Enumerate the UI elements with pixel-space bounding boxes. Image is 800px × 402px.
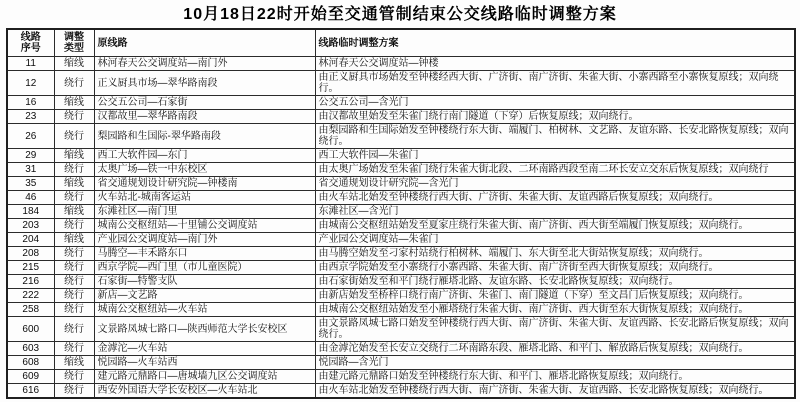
route-number-cell: 12	[7, 71, 54, 96]
route-number-cell: 184	[7, 205, 54, 219]
table-row: 11 缩线 林河春天公交调度站—南门外 林河春天公交调度站—钟楼	[7, 57, 795, 71]
adjustment-plan-cell: 由西京学院始发至小寨绕行小寨西路、朱雀大街、南广济街至西大街恢复原线；双向绕行。	[315, 261, 795, 275]
page-title: 10月18日22时开始至交通管制结束公交线路临时调整方案	[6, 4, 794, 28]
adjustment-type-cell: 绕行	[54, 289, 94, 303]
table-row: 184 缩线 东滩社区—南门里 东滩社区—含光门	[7, 205, 795, 219]
original-route-cell: 林河春天公交调度站—南门外	[94, 57, 315, 71]
table-row: 31 绕行 太奥广场—铁一中东校区 由太奥广场始发至朱雀门绕行朱雀大街北段、二环…	[7, 163, 795, 177]
route-number-cell: 258	[7, 303, 54, 317]
original-route-cell: 石家街—特警支队	[94, 275, 315, 289]
adjustment-type-cell: 绕行	[54, 384, 94, 399]
route-number-cell: 608	[7, 356, 54, 370]
adjustment-type-cell: 绕行	[54, 261, 94, 275]
route-number-cell: 35	[7, 177, 54, 191]
table-row: 29 缩线 西工大软件园—东门 西工大软件园—朱雀门	[7, 149, 795, 163]
original-route-cell: 东滩社区—南门里	[94, 205, 315, 219]
adjustment-plan-cell: 由正义厨具市场始发至钟楼经西大街、广济街、南广济街、朱雀大街、小寨西路至小寨恢复…	[315, 71, 795, 96]
adjustment-plan-cell: 林河春天公交调度站—钟楼	[315, 57, 795, 71]
adjustment-plan-cell: 省交通规划设计研究院—含光门	[315, 177, 795, 191]
original-route-cell: 悦园路—火车站西	[94, 356, 315, 370]
adjustment-type-cell: 缩线	[54, 205, 94, 219]
header-adjustment-plan: 线路临时调整方案	[315, 29, 795, 57]
adjustment-type-cell: 绕行	[54, 317, 94, 342]
adjustment-plan-cell: 由石家街始发至和平门绕行雁塔北路、友谊东路、长安北路恢复原线；双向绕行。	[315, 275, 795, 289]
table-row: 600 绕行 文景路凤城七路口—陕西师范大学长安校区 由文景路凤城七路口始发至钟…	[7, 317, 795, 342]
table-row: 609 绕行 建元路元鼎路口—唐城墙九区公交调度站 由建元路元鼎路口始发至钟楼绕…	[7, 370, 795, 384]
adjustment-type-cell: 缩线	[54, 177, 94, 191]
header-route-number: 线路 序号	[7, 29, 54, 57]
adjustment-type-cell: 缩线	[54, 149, 94, 163]
table-row: 222 绕行 新店—文艺路 由新店始发至桥梓口绕行南广济街、朱雀门、南门隧道（下…	[7, 289, 795, 303]
adjustment-type-cell: 缩线	[54, 57, 94, 71]
adjustment-type-cell: 绕行	[54, 275, 94, 289]
route-number-cell: 222	[7, 289, 54, 303]
adjustment-type-cell: 绕行	[54, 370, 94, 384]
route-number-cell: 208	[7, 247, 54, 261]
adjustment-type-cell: 绕行	[54, 219, 94, 233]
original-route-cell: 金滹沱—火车站	[94, 342, 315, 356]
adjustment-plan-cell: 公交五公司—含光门	[315, 96, 795, 110]
table-row: 23 绕行 汉都故里—翠华路南段 由汉都故里始发至朱雀门绕行南门隧道（下穿）后恢…	[7, 110, 795, 124]
original-route-cell: 梨园路和生国际-翠华路南段	[94, 124, 315, 149]
route-number-cell: 46	[7, 191, 54, 205]
table-row: 46 绕行 火车站北-城南客运站 由火车站北始发至钟楼绕行西大街、广济街、朱雀大…	[7, 191, 795, 205]
adjustment-type-cell: 绕行	[54, 110, 94, 124]
route-number-cell: 29	[7, 149, 54, 163]
adjustment-plan-cell: 由太奥广场始发至朱雀门绕行朱雀大街北段、二环南路西段至南二环长安立交东后恢复原线…	[315, 163, 795, 177]
table-header: 线路 序号 调整 类型 原线路 线路临时调整方案	[7, 29, 795, 57]
document-page: 10月18日22时开始至交通管制结束公交线路临时调整方案 线路 序号 调整 类型…	[0, 0, 800, 402]
original-route-cell: 太奥广场—铁一中东校区	[94, 163, 315, 177]
adjustment-type-cell: 绕行	[54, 124, 94, 149]
adjustment-plan-cell: 产业园公交调度站—朱雀门	[315, 233, 795, 247]
route-number-cell: 31	[7, 163, 54, 177]
adjustment-plan-cell: 由城南公交枢纽站始发至夏家庄绕行朱雀大街、南广济街、西大街至端履门恢复原线；双向…	[315, 219, 795, 233]
adjustment-type-cell: 绕行	[54, 247, 94, 261]
adjustment-plan-cell: 由文景路凤城七路口始发至钟楼绕行西大街、南广济街、朱雀大街、友谊西路、长安北路后…	[315, 317, 795, 342]
table-row: 16 缩线 公交五公司—石家街 公交五公司—含光门	[7, 96, 795, 110]
adjustment-type-cell: 绕行	[54, 303, 94, 317]
route-number-cell: 600	[7, 317, 54, 342]
original-route-cell: 正义厨具市场—翠华路南段	[94, 71, 315, 96]
header-original-route: 原线路	[94, 29, 315, 57]
route-number-cell: 216	[7, 275, 54, 289]
table-row: 26 绕行 梨园路和生国际-翠华路南段 由梨园路和生国际始发至钟楼绕行东大街、端…	[7, 124, 795, 149]
original-route-cell: 城南公交枢纽站—火车站	[94, 303, 315, 317]
table-row: 216 绕行 石家街—特警支队 由石家街始发至和平门绕行雁塔北路、友谊东路、长安…	[7, 275, 795, 289]
adjustment-plan-cell: 由新店始发至桥梓口绕行南广济街、朱雀门、南门隧道（下穿）至文昌门后恢复原线；双向…	[315, 289, 795, 303]
adjustment-type-cell: 缩线	[54, 356, 94, 370]
original-route-cell: 建元路元鼎路口—唐城墙九区公交调度站	[94, 370, 315, 384]
route-number-cell: 11	[7, 57, 54, 71]
original-route-cell: 新店—文艺路	[94, 289, 315, 303]
route-number-cell: 204	[7, 233, 54, 247]
route-number-cell: 215	[7, 261, 54, 275]
adjustment-plan-cell: 由马腾空始发至刁家村站绕行柏树林、端履门、东大街至北大街站恢复原线；双向绕行。	[315, 247, 795, 261]
table-row: 35 缩线 省交通规划设计研究院—钟楼南 省交通规划设计研究院—含光门	[7, 177, 795, 191]
table-body: 11 缩线 林河春天公交调度站—南门外 林河春天公交调度站—钟楼 12 绕行 正…	[7, 57, 795, 399]
adjustment-plan-cell: 东滩社区—含光门	[315, 205, 795, 219]
adjustment-type-cell: 缩线	[54, 96, 94, 110]
header-adjustment-type: 调整 类型	[54, 29, 94, 57]
adjustment-plan-cell: 由城南公交枢纽站始发至小雁塔绕行朱雀大街、南广济街、西大街至东大街恢复原线；双向…	[315, 303, 795, 317]
adjustment-type-cell: 绕行	[54, 342, 94, 356]
original-route-cell: 西工大软件园—东门	[94, 149, 315, 163]
route-number-cell: 609	[7, 370, 54, 384]
original-route-cell: 汉都故里—翠华路南段	[94, 110, 315, 124]
original-route-cell: 西安外国语大学长安校区—火车站北	[94, 384, 315, 399]
route-number-cell: 23	[7, 110, 54, 124]
table-row: 603 绕行 金滹沱—火车站 由金滹沱始发至长安立交绕行二环南路东段、雁塔北路、…	[7, 342, 795, 356]
adjustment-plan-cell: 由汉都故里始发至朱雀门绕行南门隧道（下穿）后恢复原线；双向绕行。	[315, 110, 795, 124]
route-number-cell: 16	[7, 96, 54, 110]
original-route-cell: 火车站北-城南客运站	[94, 191, 315, 205]
original-route-cell: 产业园公交调度站—南门外	[94, 233, 315, 247]
route-number-cell: 203	[7, 219, 54, 233]
original-route-cell: 马腾空—丰禾路东口	[94, 247, 315, 261]
bus-route-adjustment-table: 线路 序号 调整 类型 原线路 线路临时调整方案 11 缩线 林河春天公交调度站…	[6, 28, 796, 399]
original-route-cell: 文景路凤城七路口—陕西师范大学长安校区	[94, 317, 315, 342]
adjustment-type-cell: 缩线	[54, 233, 94, 247]
adjustment-plan-cell: 悦园路—含光门	[315, 356, 795, 370]
adjustment-plan-cell: 由金滹沱始发至长安立交绕行二环南路东段、雁塔北路、和平门、解放路后恢复原线；双向…	[315, 342, 795, 356]
adjustment-plan-cell: 由梨园路和生国际始发至钟楼绕行东大街、端履门、柏树林、文艺路、友谊东路、长安北路…	[315, 124, 795, 149]
table-row: 12 绕行 正义厨具市场—翠华路南段 由正义厨具市场始发至钟楼经西大街、广济街、…	[7, 71, 795, 96]
route-number-cell: 26	[7, 124, 54, 149]
adjustment-plan-cell: 由火车站北始发至钟楼绕行西大街、南广济街、朱雀大街、友谊西路、长安北路恢复原线；…	[315, 384, 795, 399]
table-row: 616 绕行 西安外国语大学长安校区—火车站北 由火车站北始发至钟楼绕行西大街、…	[7, 384, 795, 399]
route-number-cell: 616	[7, 384, 54, 399]
table-row: 208 绕行 马腾空—丰禾路东口 由马腾空始发至刁家村站绕行柏树林、端履门、东大…	[7, 247, 795, 261]
table-row: 204 缩线 产业园公交调度站—南门外 产业园公交调度站—朱雀门	[7, 233, 795, 247]
table-row: 608 缩线 悦园路—火车站西 悦园路—含光门	[7, 356, 795, 370]
adjustment-type-cell: 绕行	[54, 163, 94, 177]
adjustment-plan-cell: 由建元路元鼎路口始发至钟楼绕行东大街、和平门、雁塔北路恢复原线；双向绕行。	[315, 370, 795, 384]
original-route-cell: 西京学院—西门里（市儿童医院）	[94, 261, 315, 275]
adjustment-type-cell: 绕行	[54, 191, 94, 205]
adjustment-plan-cell: 由火车站北始发至钟楼绕行西大街、广济街、朱雀大街、友谊西路后恢复原线；双向绕行。	[315, 191, 795, 205]
adjustment-plan-cell: 西工大软件园—朱雀门	[315, 149, 795, 163]
table-row: 258 绕行 城南公交枢纽站—火车站 由城南公交枢纽站始发至小雁塔绕行朱雀大街、…	[7, 303, 795, 317]
table-row: 215 绕行 西京学院—西门里（市儿童医院） 由西京学院始发至小寨绕行小寨西路、…	[7, 261, 795, 275]
route-number-cell: 603	[7, 342, 54, 356]
original-route-cell: 省交通规划设计研究院—钟楼南	[94, 177, 315, 191]
adjustment-type-cell: 绕行	[54, 71, 94, 96]
original-route-cell: 公交五公司—石家街	[94, 96, 315, 110]
original-route-cell: 城南公交枢纽站—十里铺公交调度站	[94, 219, 315, 233]
table-row: 203 绕行 城南公交枢纽站—十里铺公交调度站 由城南公交枢纽站始发至夏家庄绕行…	[7, 219, 795, 233]
